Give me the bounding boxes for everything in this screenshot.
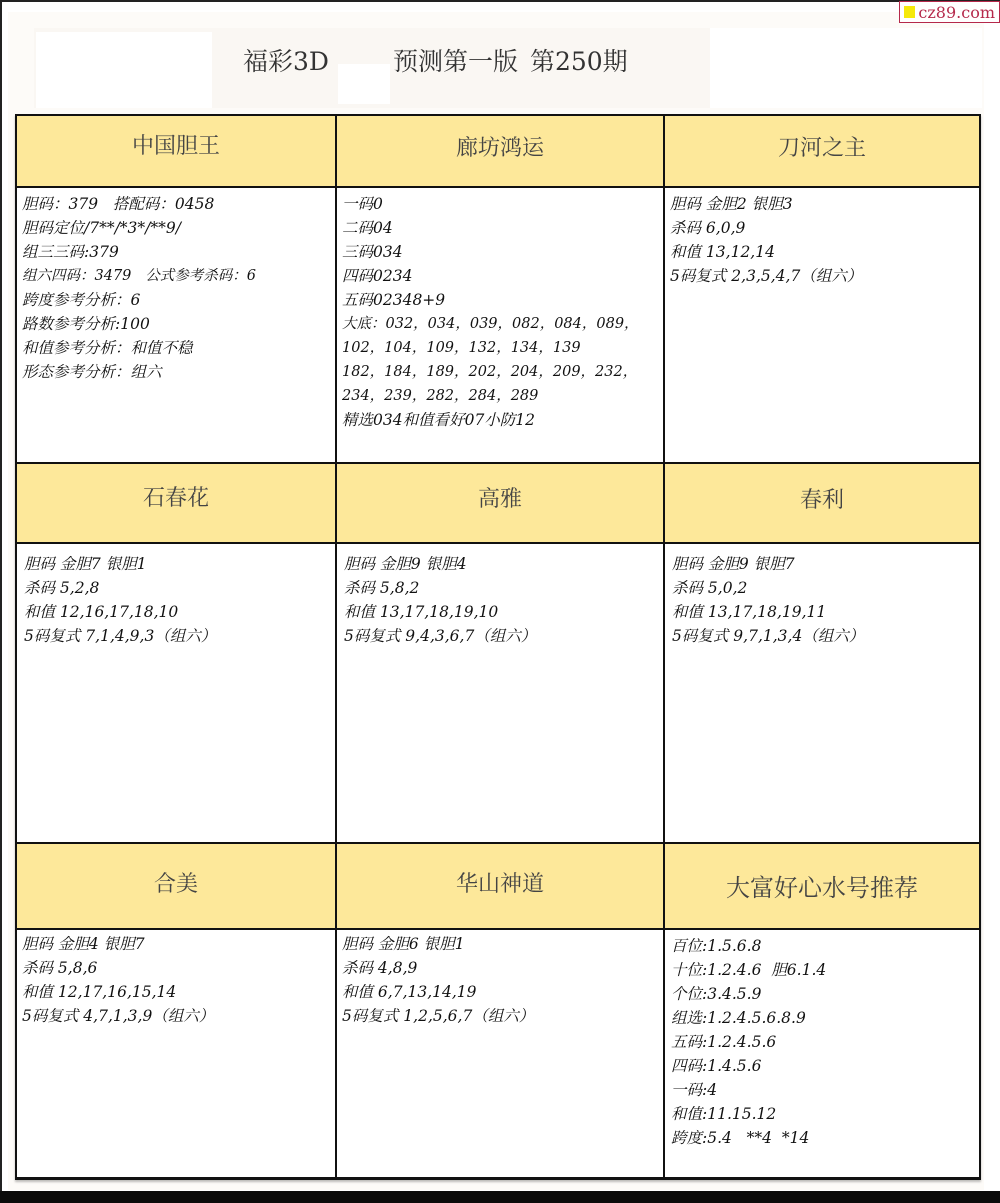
panel-body-chunli: 胆码 金胆9 银胆7 杀码 5,0,2 和值 13,17,18,19,11 5码… — [665, 544, 979, 842]
panel-line: 102，104，109，132，134，139 — [342, 336, 659, 360]
panel-line: 二码04 — [342, 216, 659, 240]
panel-line: 和值参考分析：和值不稳 — [22, 336, 331, 360]
panel-line: 组六四码：3479 公式参考杀码：6 — [22, 264, 331, 288]
panel-line: 和值 6,7,13,14,19 — [342, 980, 659, 1004]
panel-line: 胆码 金胆6 银胆1 — [342, 932, 659, 956]
panel-header-huashan-shendao: 华山神道 — [337, 844, 663, 928]
panel-line: 234，239，282，284，289 — [342, 384, 659, 408]
panel-line: 杀码 5,8,2 — [344, 576, 659, 600]
panel-line: 形态参考分析：组六 — [22, 360, 331, 384]
panel-line: 胆码 金胆9 银胆7 — [672, 552, 975, 576]
panel-line: 个位:3.4.5.9 — [671, 982, 975, 1006]
panel-line: 精选034和值看好07小防12 — [342, 408, 659, 432]
panel-line: 和值 12,16,17,18,10 — [24, 600, 331, 624]
panel-line: 三码034 — [342, 240, 659, 264]
panel-line: 杀码 5,2,8 — [24, 576, 331, 600]
panel-line: 和值 13,17,18,19,10 — [344, 600, 659, 624]
panel-line: 和值 13,17,18,19,11 — [672, 600, 975, 624]
banner-blank-right — [710, 28, 982, 108]
bottom-border — [0, 1191, 1000, 1203]
panel-line: 五码:1.2.4.5.6 — [671, 1030, 975, 1054]
panel-header-shi-chunhua: 石春花 — [17, 464, 335, 542]
title-issue: 第250期 — [530, 42, 628, 78]
panel-line: 5码复式 4,7,1,3,9（组六） — [22, 1004, 331, 1028]
panel-line: 杀码 4,8,9 — [342, 956, 659, 980]
panel-line: 组选:1.2.4.5.6.8.9 — [671, 1006, 975, 1030]
panel-line: 一码:4 — [671, 1078, 975, 1102]
panel-line: 组三三码:379 — [22, 240, 331, 264]
panel-line: 和值 12,17,16,15,14 — [22, 980, 331, 1004]
panel-line: 百位:1.5.6.8 — [671, 934, 975, 958]
panel-line: 胆码定位/7**/*3*/**9/ — [22, 216, 331, 240]
panel-body-langfang-hongyun: 一码0 二码04 三码034 四码0234 五码02348+9 大底：032，0… — [337, 188, 663, 462]
panel-body-dafu-haoxinshui: 百位:1.5.6.8 十位:1.2.4.6 胆6.1.4 个位:3.4.5.9 … — [665, 930, 979, 1177]
panel-line: 5码复式 9,7,1,3,4（组六） — [672, 624, 975, 648]
panel-header-langfang-hongyun: 廊坊鸿运 — [337, 116, 663, 186]
panel-line: 十位:1.2.4.6 胆6.1.4 — [671, 958, 975, 982]
panel-header-daohe-zhizhu: 刀河之主 — [665, 116, 979, 186]
panel-line: 路数参考分析:100 — [22, 312, 331, 336]
panel-body-gaoya: 胆码 金胆9 银胆4 杀码 5,8,2 和值 13,17,18,19,10 5码… — [337, 544, 663, 842]
panel-header-zhongguo-danwang: 中国胆王 — [17, 116, 335, 186]
panel-body-shi-chunhua: 胆码 金胆7 银胆1 杀码 5,2,8 和值 12,16,17,18,10 5码… — [17, 544, 335, 842]
panel-line: 和值:11.15.12 — [671, 1102, 975, 1126]
panel-line: 四码0234 — [342, 264, 659, 288]
title-edition: 预测第一版 — [393, 42, 518, 78]
panel-line: 大底：032，034，039，082，084，089， — [342, 312, 659, 336]
banner-blank-left — [36, 32, 212, 108]
panel-line: 跨度:5.4 **4 *14 — [671, 1126, 975, 1150]
panel-body-hemei: 胆码 金胆4 银胆7 杀码 5,8,6 和值 12,17,16,15,14 5码… — [17, 930, 335, 1177]
panel-line: 5码复式 9,4,3,6,7（组六） — [344, 624, 659, 648]
panel-line: 胆码 金胆2 银胆3 — [670, 192, 975, 216]
panel-line: 跨度参考分析：6 — [22, 288, 331, 312]
panel-line: 四码:1.4.5.6 — [671, 1054, 975, 1078]
panel-header-dafu-haoxinshui: 大富好心水号推荐 — [665, 844, 979, 928]
logo-text: cz89.com — [918, 3, 995, 22]
panel-line: 胆码 金胆7 银胆1 — [24, 552, 331, 576]
panel-body-daohe-zhizhu: 胆码 金胆2 银胆3 杀码 6,0,9 和值 13,12,14 5码复式 2,3… — [665, 188, 979, 462]
panel-line: 182，184，189，202，204，209，232， — [342, 360, 659, 384]
panel-header-hemei: 合美 — [17, 844, 335, 928]
panel-line: 5码复式 1,2,5,6,7（组六） — [342, 1004, 659, 1028]
prediction-table: 中国胆王 廊坊鸿运 刀河之主 胆码：379 搭配码：0458 胆码定位/7**/… — [15, 114, 981, 1180]
page-title: 福彩3D预测第一版第250期 — [243, 42, 628, 78]
panel-line: 一码0 — [342, 192, 659, 216]
title-game: 福彩3D — [243, 42, 329, 78]
panel-body-huashan-shendao: 胆码 金胆6 银胆1 杀码 4,8,9 和值 6,7,13,14,19 5码复式… — [337, 930, 663, 1177]
panel-line: 5码复式 2,3,5,4,7（组六） — [670, 264, 975, 288]
panel-header-gaoya: 高雅 — [337, 464, 663, 542]
panel-line: 胆码 金胆9 银胆4 — [344, 552, 659, 576]
panel-line: 杀码 6,0,9 — [670, 216, 975, 240]
panel-line: 胆码：379 搭配码：0458 — [22, 192, 331, 216]
panel-body-zhongguo-danwang: 胆码：379 搭配码：0458 胆码定位/7**/*3*/**9/ 组三三码:3… — [17, 188, 335, 462]
panel-line: 五码02348+9 — [342, 288, 659, 312]
panel-line: 杀码 5,0,2 — [672, 576, 975, 600]
panel-line: 胆码 金胆4 银胆7 — [22, 932, 331, 956]
logo-square-icon — [904, 6, 915, 18]
watermark-logo[interactable]: cz89.com — [899, 1, 1000, 23]
panel-line: 和值 13,12,14 — [670, 240, 975, 264]
panel-header-chunli: 春利 — [665, 464, 979, 542]
panel-line: 5码复式 7,1,4,9,3（组六） — [24, 624, 331, 648]
panel-line: 杀码 5,8,6 — [22, 956, 331, 980]
